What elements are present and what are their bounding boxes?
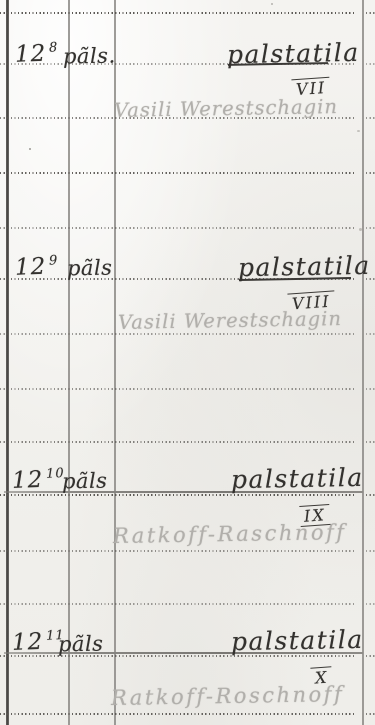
ruled-dotted-line-stub — [366, 117, 375, 119]
ruled-dotted-line-stub — [366, 63, 375, 65]
entry-word: palstatila — [238, 253, 371, 280]
ruled-dotted-line — [0, 172, 356, 174]
ruled-dotted-line — [0, 494, 356, 496]
parcel-number-superscript: 9 — [49, 253, 59, 268]
ruled-dotted-line — [0, 12, 356, 14]
ruled-dotted-line-stub — [366, 227, 375, 229]
ruled-dotted-line — [0, 603, 356, 605]
parcel-number-main: 12 — [15, 41, 47, 68]
ruled-dotted-line-stub — [366, 333, 375, 335]
parcel-number-main: 12 — [12, 467, 44, 494]
owner-name-pencil: Ratkoff-Roschnoff — [111, 684, 345, 709]
unit-abbreviation: pãls — [67, 258, 113, 280]
ruled-dotted-line — [0, 550, 356, 552]
ruled-dotted-line — [0, 333, 356, 335]
paper-speck — [29, 148, 31, 150]
owner-name-pencil: Vasili Werestschagin — [114, 97, 338, 120]
ruled-dotted-line-stub — [366, 388, 375, 390]
parcel-number-superscript: 8 — [49, 40, 59, 55]
unit-abbreviation: pãls — [62, 471, 108, 493]
column-rule-left-dark — [6, 0, 9, 725]
unit-abbreviation: pãls. — [63, 46, 116, 68]
paper-speck — [357, 130, 360, 132]
ruled-dotted-line-stub — [366, 441, 375, 443]
ruled-dotted-line — [0, 441, 356, 443]
unit-abbreviation: pãls — [58, 634, 104, 656]
ruled-dotted-line-stub — [366, 713, 375, 715]
ruled-dotted-line-stub — [366, 12, 375, 14]
parcel-number: 129 — [15, 255, 59, 280]
ruled-dotted-line — [0, 227, 356, 229]
owner-name-pencil: Vasili Werestschagin — [118, 309, 342, 332]
owner-name-pencil: Ratkoff-Raschnoff — [113, 522, 347, 547]
ruled-dotted-line-stub — [366, 550, 375, 552]
ruled-dotted-line — [0, 713, 356, 715]
paper: 128 pãls. palstatila VII Vasili Werestsc… — [0, 0, 375, 725]
parcel-number: 128 — [15, 42, 59, 67]
ruled-dotted-line — [0, 655, 356, 657]
parcel-number-main: 12 — [15, 254, 47, 281]
column-rule-right — [362, 0, 364, 725]
ruled-dotted-line-stub — [366, 655, 375, 657]
column-rule-1 — [68, 0, 70, 725]
ruled-dotted-line — [0, 388, 356, 390]
entry-word: palstatila — [231, 627, 364, 654]
paper-speck — [271, 3, 273, 5]
parcel-number-main: 12 — [12, 629, 44, 656]
paper-speck — [359, 228, 362, 231]
ruled-dotted-line-stub — [366, 494, 375, 496]
entry-word: palstatila — [231, 465, 364, 492]
parcel-number: 1210 — [12, 468, 66, 493]
entry-word: palstatila — [227, 40, 360, 67]
ruled-dotted-line-stub — [366, 172, 375, 174]
ruled-dotted-line-stub — [366, 603, 375, 605]
